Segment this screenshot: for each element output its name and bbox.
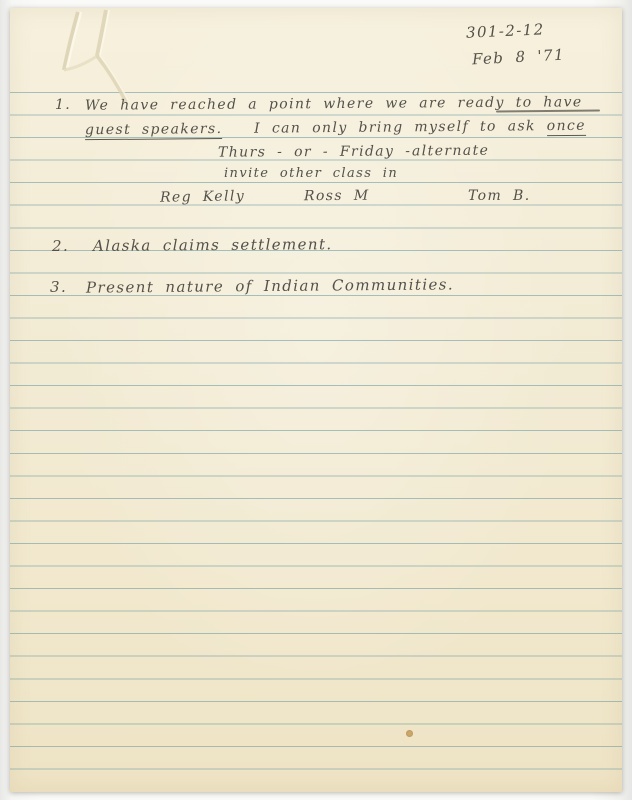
- reference-number: 301-2-12: [466, 20, 545, 41]
- item2-text: Alaska claims settlement.: [93, 235, 333, 255]
- item1-speaker-2: Ross M: [304, 187, 370, 206]
- paper-stain-dot: [406, 730, 413, 737]
- item1-speaker-1: Reg Kelly: [160, 187, 245, 206]
- item1-number: 1.: [55, 96, 71, 114]
- item3-text: Present nature of Indian Communities.: [86, 275, 454, 296]
- item1-guest-speakers-underlined: guest speakers.: [85, 121, 223, 140]
- item1-line4: invite other class in: [224, 165, 398, 183]
- item1-line2-text: I can only bring myself to ask: [254, 118, 536, 136]
- item1-once-underlined: once: [547, 118, 586, 136]
- item1-speaker-3: Tom B.: [468, 187, 531, 205]
- item1-line3-days: Thurs - or - Friday -: [218, 142, 411, 161]
- item1-line3-alternate: alternate: [412, 142, 489, 161]
- item3-number: 3.: [50, 278, 67, 296]
- item2-number: 2.: [52, 237, 69, 255]
